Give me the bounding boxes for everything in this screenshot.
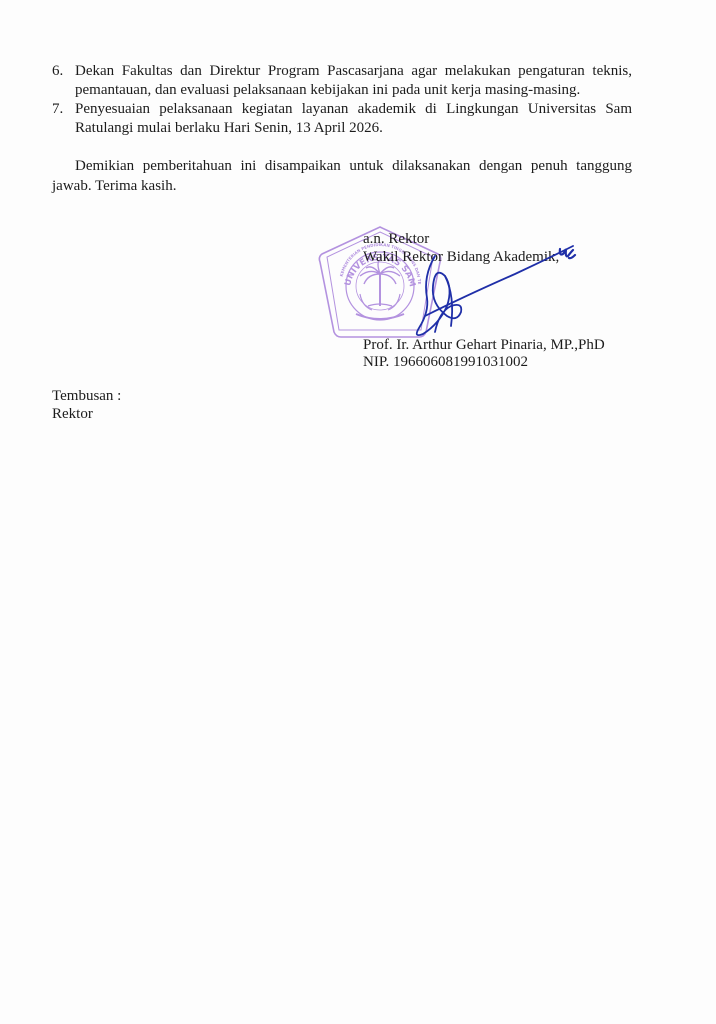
signatory-name: Prof. Ir. Arthur Gehart Pinaria, MP.,PhD [363, 336, 605, 354]
list-item-7: 7. Penyesuaian pelaksanaan kegiatan laya… [52, 100, 632, 138]
list-text-line: Penyesuaian pelaksanaan kegiatan layanan… [75, 100, 632, 119]
list-number: 7. [52, 100, 63, 119]
paraf-initial-icon [557, 246, 577, 262]
closing-line: jawab. Terima kasih. [52, 176, 632, 196]
list-text-line: Ratulangi mulai berlaku Hari Senin, 13 A… [75, 119, 632, 138]
list-item-6: 6. Dekan Fakultas dan Direktur Program P… [52, 62, 632, 100]
list-text-line: pemantauan, dan evaluasi pelaksanaan keb… [75, 81, 632, 100]
tembusan-recipient: Rektor [52, 405, 121, 423]
list-number: 6. [52, 62, 63, 81]
list-text-line: Dekan Fakultas dan Direktur Program Pasc… [75, 62, 632, 81]
closing-line: Demikian pemberitahuan ini disampaikan u… [52, 156, 632, 176]
signatory-nip: NIP. 196606081991031002 [363, 353, 528, 371]
tembusan-section: Tembusan : Rektor [52, 387, 121, 423]
document-page: 6. Dekan Fakultas dan Direktur Program P… [0, 0, 716, 1024]
numbered-list: 6. Dekan Fakultas dan Direktur Program P… [52, 62, 632, 138]
closing-paragraph: Demikian pemberitahuan ini disampaikan u… [52, 156, 632, 196]
tembusan-label: Tembusan : [52, 387, 121, 405]
